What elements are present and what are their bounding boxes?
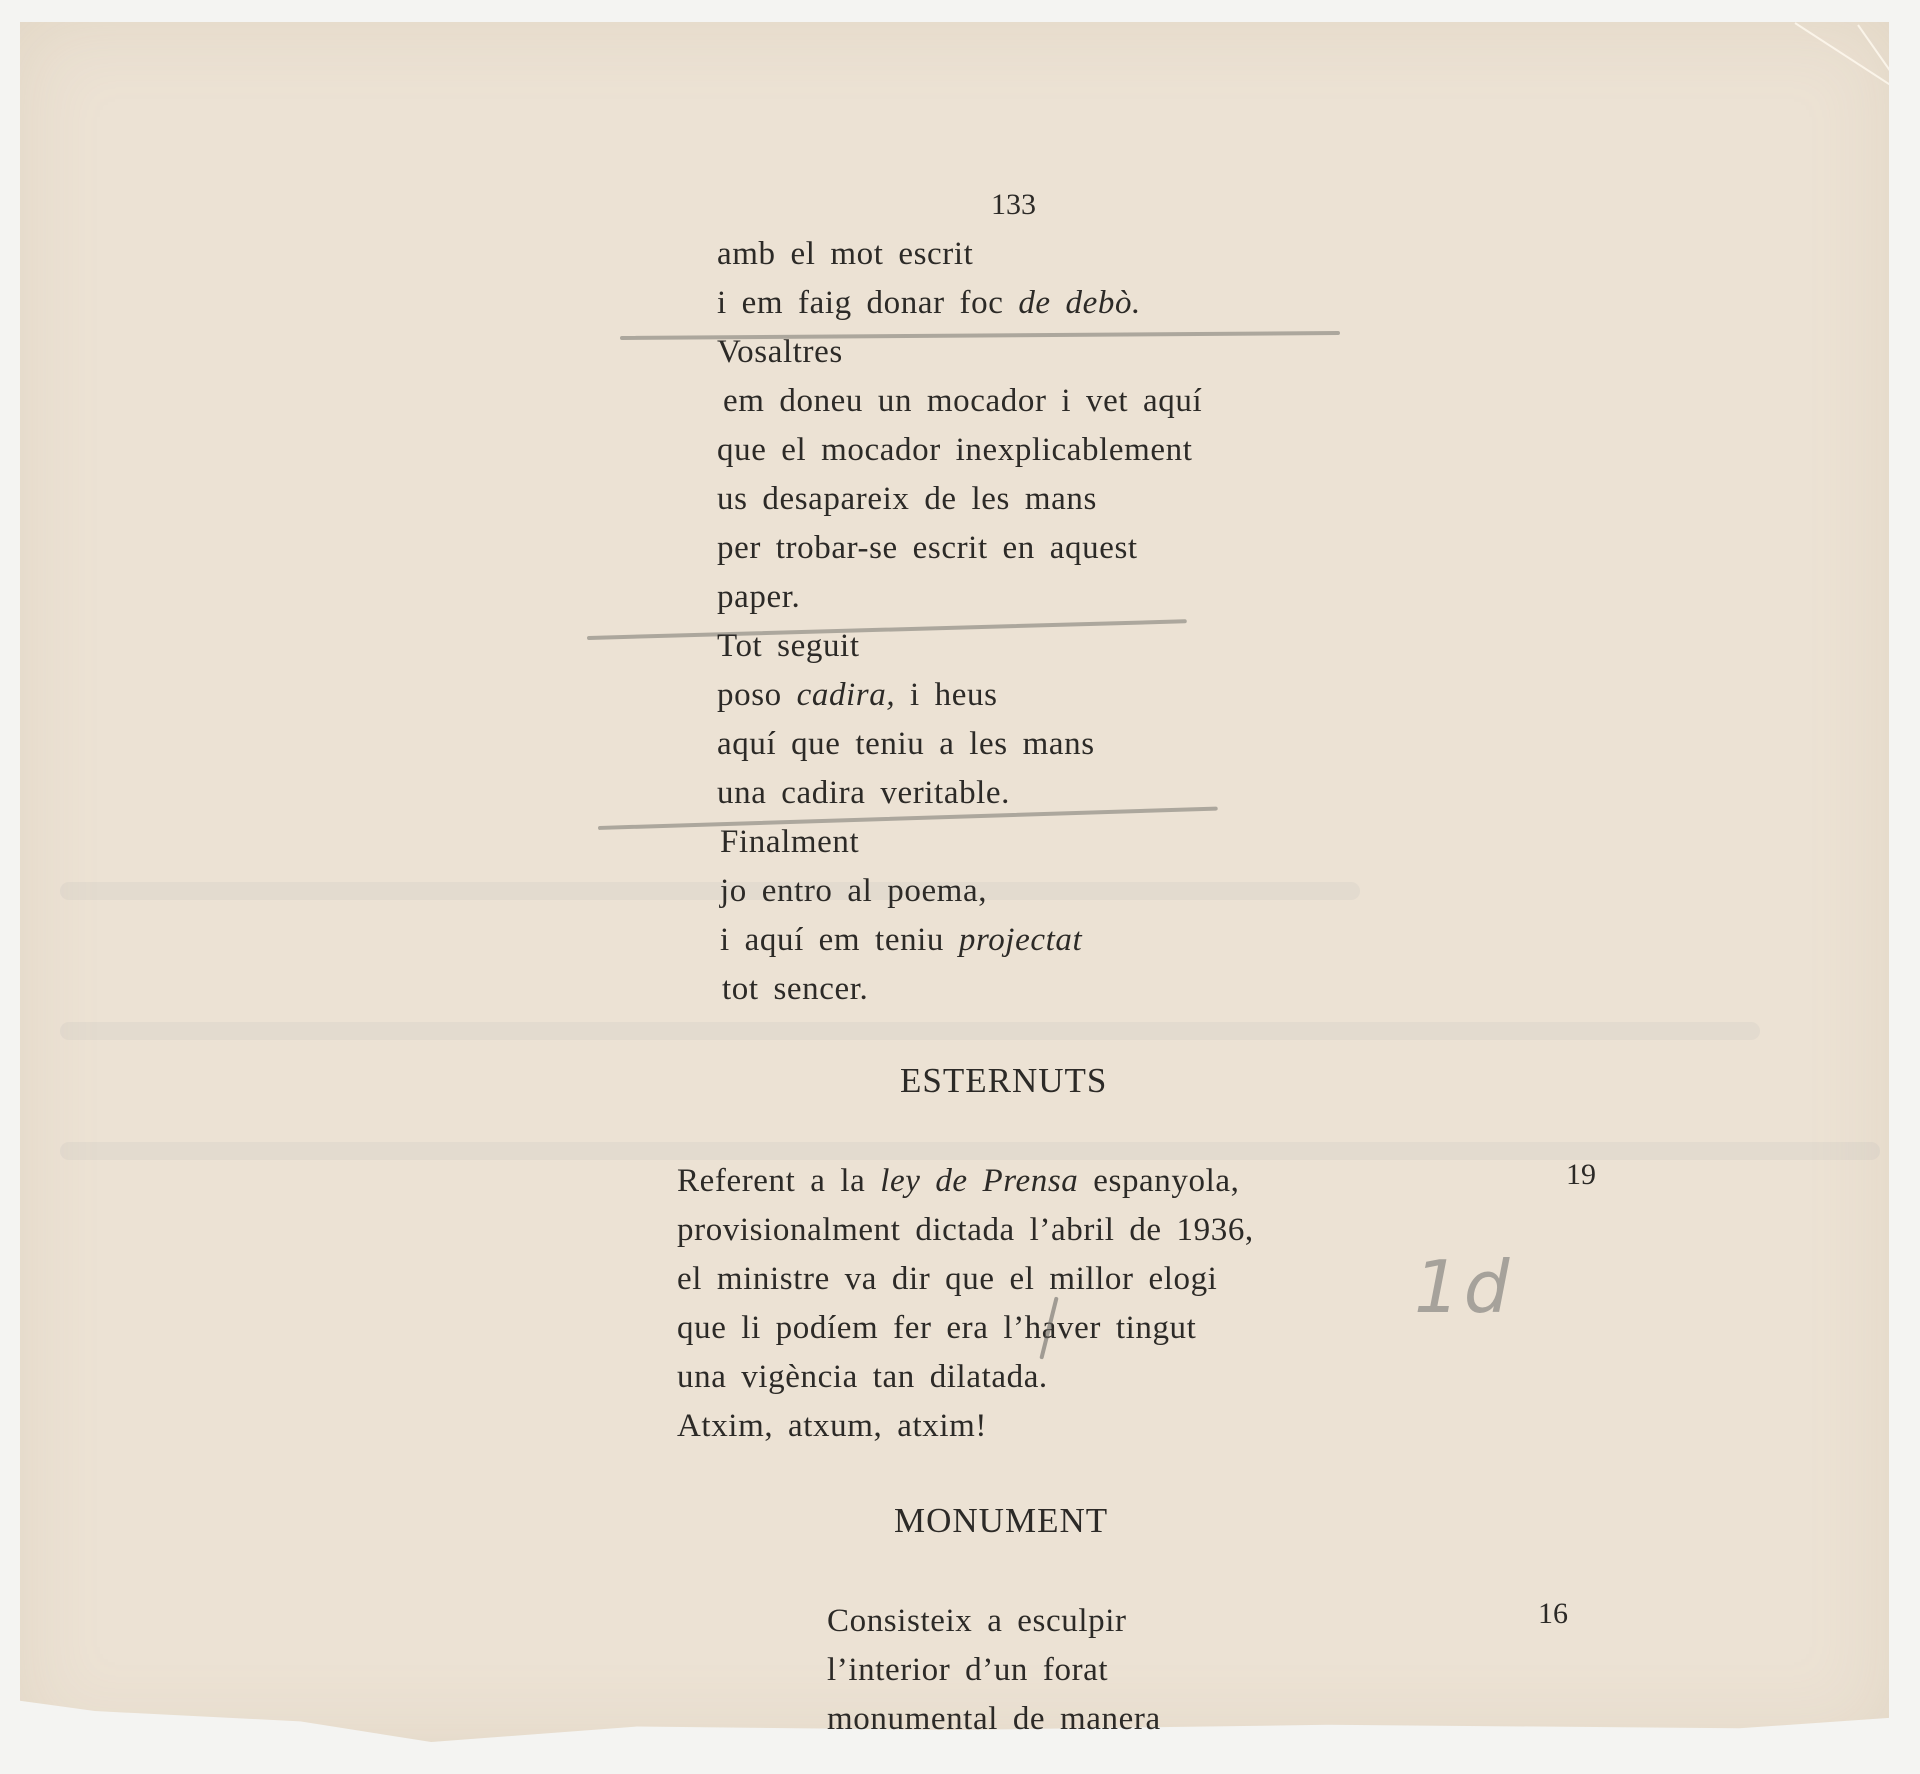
poem-line: poso cadira, i heus	[717, 677, 998, 714]
section-title-monument: MONUMENT	[894, 1501, 1108, 1541]
poem-line: Tot seguit	[717, 628, 860, 665]
section-side-number: 19	[1566, 1158, 1596, 1192]
poem-line-italic: de debò.	[1018, 285, 1141, 321]
poem-line-text: poso	[717, 677, 797, 713]
poem-line: i aquí em teniu projectat	[720, 922, 1082, 959]
poem-line: Finalment	[720, 824, 859, 861]
section-line: una vigència tan dilatada.	[677, 1359, 1048, 1396]
poem-line-italic: projectat	[959, 922, 1082, 958]
poem-line-text: i aquí em teniu	[720, 922, 959, 958]
pencil-note: 1d	[1414, 1245, 1514, 1329]
section-line: Atxim, atxum, atxim!	[677, 1408, 987, 1445]
poem-line: jo entro al poema,	[720, 873, 987, 910]
poem-line: aquí que teniu a les mans	[717, 726, 1095, 763]
poem-line: tot sencer.	[722, 971, 868, 1008]
poem-line: una cadira veritable.	[717, 775, 1010, 812]
poem-line: i em faig donar foc de debò.	[717, 285, 1141, 322]
poem-line: em doneu un mocador i vet aquí	[723, 383, 1202, 420]
page-number: 133	[991, 188, 1036, 222]
section-line: provisionalment dictada l’abril de 1936,	[677, 1212, 1254, 1249]
poem-line: per trobar-se escrit en aquest	[717, 530, 1138, 567]
poem-line: paper.	[717, 579, 800, 616]
poem-line-text: i em faig donar foc	[717, 285, 1018, 321]
poem-line: que el mocador inexplicablement	[717, 432, 1193, 469]
section-line: Referent a la ley de Prensa espanyola,	[677, 1163, 1239, 1200]
bleed-through-mark	[60, 1022, 1760, 1040]
poem-line: amb el mot escrit	[717, 236, 973, 273]
section-line-text: Referent a la	[677, 1163, 880, 1199]
paper-crease	[1794, 22, 1920, 105]
poem-line: Vosaltres	[717, 334, 843, 371]
section-line: l’interior d’un forat	[827, 1652, 1108, 1689]
section-line-text: espanyola,	[1078, 1163, 1239, 1199]
bleed-through-mark	[60, 1142, 1880, 1160]
section-line: el ministre va dir que el millor elogi	[677, 1261, 1217, 1298]
poem-line-italic: cadira,	[797, 677, 896, 713]
section-line: que li podíem fer era l’haver tingut	[677, 1310, 1196, 1347]
section-line-italic: ley de Prensa	[880, 1163, 1078, 1199]
poem-line: us desapareix de les mans	[717, 481, 1097, 518]
poem-line-text: i heus	[895, 677, 997, 713]
section-side-number: 16	[1538, 1597, 1568, 1631]
section-title-esternuts: ESTERNUTS	[900, 1061, 1107, 1101]
section-line: monumental de manera	[827, 1701, 1161, 1738]
bleed-through-mark	[60, 882, 1360, 900]
section-line: Consisteix a esculpir	[827, 1603, 1127, 1640]
